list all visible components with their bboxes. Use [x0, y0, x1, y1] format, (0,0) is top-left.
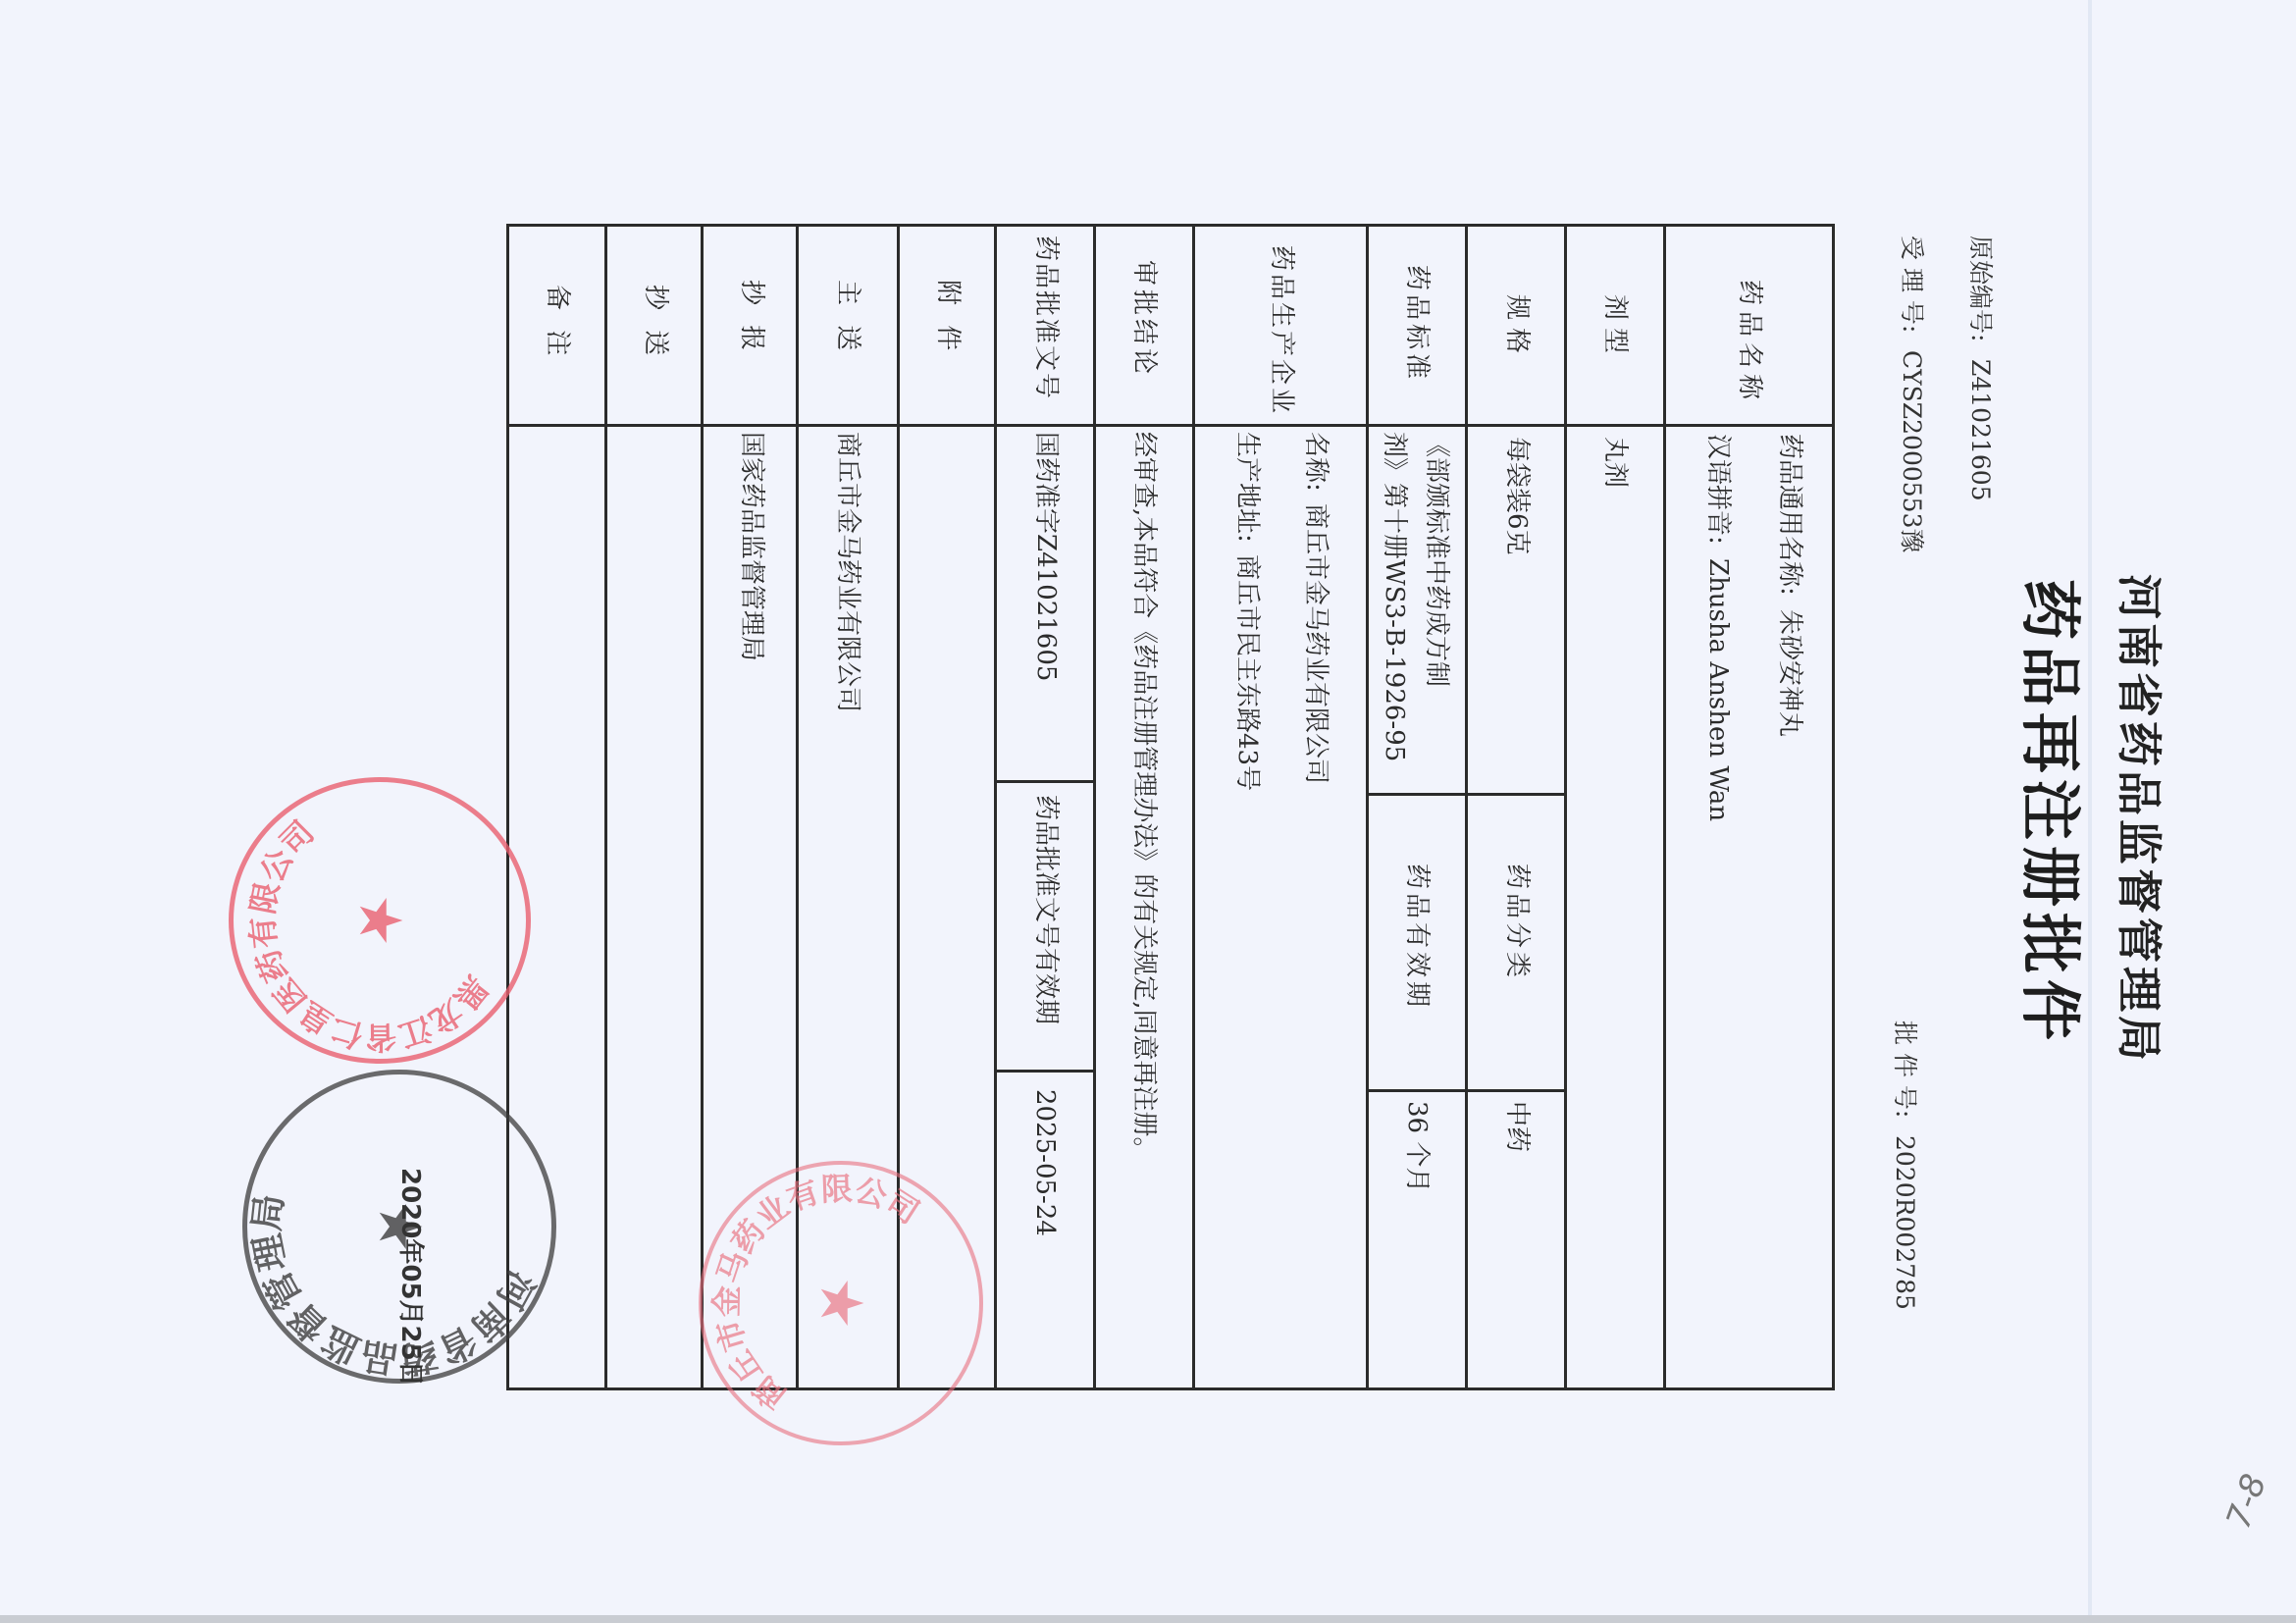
table-divider	[1366, 793, 1565, 796]
approval-number-value: 国药准字Z41021605	[1030, 432, 1067, 681]
company-seal-heilongjiang: 黑龙江省仁皇医药有限公司 ★	[229, 777, 531, 1064]
label-attachment: 附 件	[932, 280, 968, 356]
pinyin-value: Zhusha Anshen Wan	[1703, 558, 1733, 821]
manufacturer-name-value: 商丘市金马药业有限公司	[1300, 503, 1336, 784]
table-divider	[604, 224, 607, 1390]
star-icon: ★	[811, 1277, 870, 1330]
table-divider	[994, 224, 997, 1390]
manufacturer-name-label: 名称:	[1301, 432, 1331, 492]
dosage-form-value: 丸剂	[1599, 437, 1636, 488]
label-conclusion: 审批结论	[1128, 260, 1165, 378]
approval-document-number-label: 批 件 号:	[1891, 1021, 1919, 1118]
table-divider	[1663, 224, 1666, 1390]
pinyin-name: 汉语拼音:Zhusha Anshen Wan	[1702, 434, 1739, 821]
manufacturer-address-label: 生产地址:	[1232, 432, 1262, 543]
label-dosage-form: 剂型	[1599, 294, 1636, 361]
label-cc: 抄 送	[640, 285, 676, 361]
acceptance-number: 受 理 号: CYSZ2000553豫	[1896, 236, 1931, 553]
manufacturer-address-value: 商丘市民主东路43号	[1231, 554, 1268, 791]
label-main-recipient: 主 送	[832, 280, 868, 356]
handwritten-page-number: 7-8	[2218, 1469, 2274, 1534]
label-drug-category: 药品分类	[1501, 864, 1538, 981]
original-number-value: Z41021605	[1966, 359, 1995, 501]
approval-document-number: 批 件 号: 2020R002785	[1889, 1021, 1924, 1310]
main-recipient-value: 商丘市金马药业有限公司	[832, 432, 868, 712]
shelf-life-value: 36 个月	[1401, 1101, 1437, 1192]
specification-value: 每袋装6克	[1501, 437, 1538, 555]
table-divider	[994, 780, 1094, 783]
document-title: 药品再注册批件	[2011, 579, 2099, 1046]
manufacturer-name: 名称:商丘市金马药业有限公司	[1300, 432, 1336, 784]
table-divider	[506, 424, 1835, 427]
drug-category-value: 中药	[1501, 1101, 1538, 1152]
table-divider	[994, 1070, 1094, 1073]
label-approval-validity: 药品批准文号有效期	[1030, 795, 1067, 1024]
label-drug-name: 药品名称	[1734, 280, 1770, 405]
label-remarks: 备 注	[542, 285, 578, 361]
generic-name-label: 药品通用名称:	[1775, 434, 1804, 596]
table-divider	[1192, 224, 1195, 1390]
generic-name: 药品通用名称:朱砂安神丸	[1774, 434, 1810, 737]
approval-document-number-value: 2020R002785	[1891, 1135, 1919, 1310]
report-to-value: 国家药品监督管理局	[736, 432, 772, 661]
star-icon: ★	[350, 894, 409, 947]
original-number-label: 原始编号:	[1966, 236, 1995, 341]
label-approval-number: 药品批准文号	[1030, 236, 1067, 400]
scan-bottom-edge	[0, 1615, 2296, 1623]
generic-name-value: 朱砂安神丸	[1774, 609, 1810, 737]
manufacturer-address: 生产地址:商丘市民主东路43号	[1231, 432, 1268, 791]
label-drug-standard: 药品标准	[1401, 265, 1437, 383]
conclusion-value: 经审查,本品符合《药品注册管理办法》的有关规定,同意再注册。	[1128, 432, 1165, 1163]
document-page: 河南省药品监督管理局 药品再注册批件 原始编号: Z41021605 受 理 号…	[0, 0, 2296, 1623]
label-shelf-life: 药品有效期	[1401, 864, 1437, 1011]
label-report-to: 抄 报	[736, 280, 772, 356]
company-seal-jinma: 商丘市金马药业有限公司 ★	[699, 1161, 983, 1445]
issuer-heading: 河南省药品监督管理局	[2110, 574, 2174, 1065]
approval-validity-value: 2025-05-24	[1030, 1089, 1060, 1236]
seal-date: 2020年05月25日	[394, 1168, 431, 1387]
original-number: 原始编号: Z41021605	[1964, 236, 2000, 501]
table-divider	[1366, 224, 1369, 1390]
acceptance-number-label: 受 理 号:	[1898, 236, 1926, 333]
pinyin-label: 汉语拼音:	[1703, 434, 1733, 545]
acceptance-number-value: CYSZ2000553豫	[1896, 350, 1931, 552]
table-divider	[1093, 224, 1096, 1390]
drug-standard-line2: 剂》第十册WS3-B-1926-95	[1379, 432, 1415, 761]
table-divider	[1366, 1089, 1565, 1092]
table-divider	[1564, 224, 1567, 1390]
label-specification: 规格	[1501, 294, 1538, 361]
drug-standard-line1: 《部颁标准中药成方制	[1421, 432, 1457, 687]
label-manufacturer: 药品生产企业	[1266, 245, 1302, 416]
table-divider	[1465, 224, 1468, 1390]
